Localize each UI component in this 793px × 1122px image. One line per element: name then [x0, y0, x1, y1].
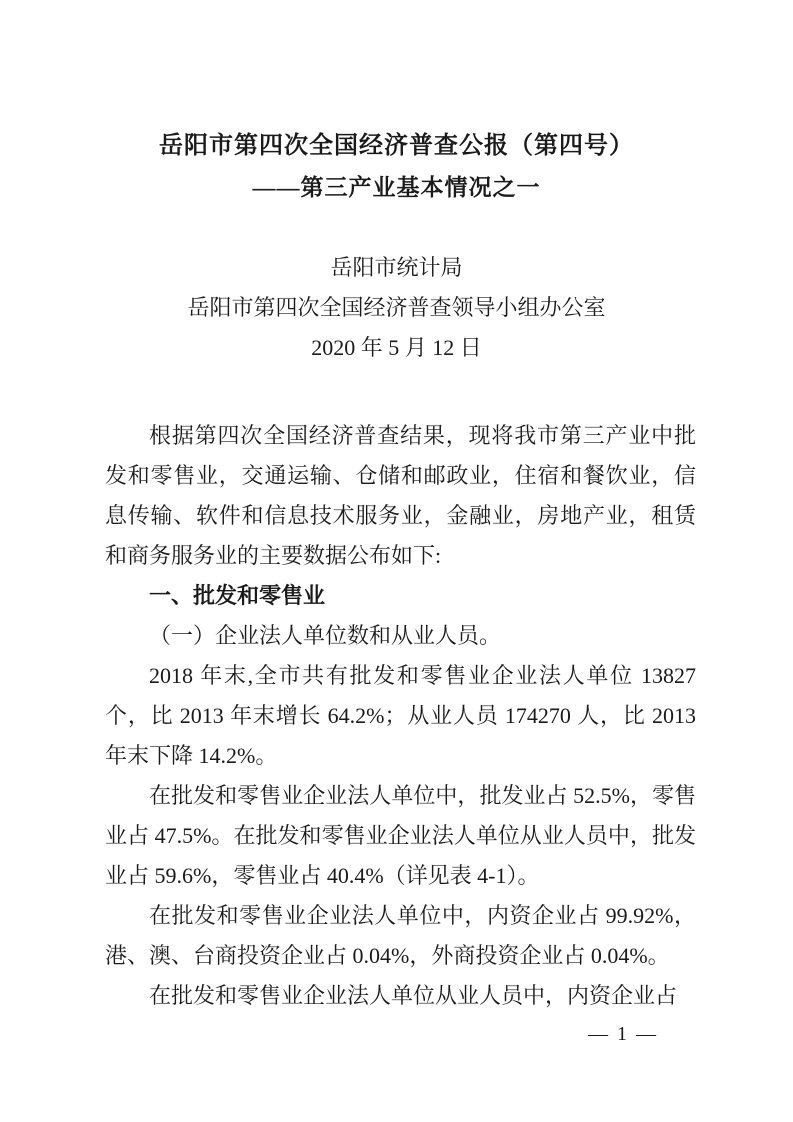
- page-number: — 1 —: [588, 1020, 658, 1048]
- paragraph-enterprise-ownership: 在批发和零售业企业法人单位中，内资企业占 99.92%，港、澳、台商投资企业占 …: [105, 896, 696, 976]
- issuer-agency-1: 岳阳市统计局: [0, 248, 793, 288]
- document-title: 岳阳市第四次全国经济普查公报（第四号）: [0, 128, 793, 164]
- section-heading-wholesale-retail: 一、批发和零售业: [105, 576, 696, 616]
- issuer-block: 岳阳市统计局 岳阳市第四次全国经济普查领导小组办公室 2020 年 5 月 12…: [0, 248, 793, 368]
- paragraph-employees-ownership-partial: 在批发和零售业企业法人单位从业人员中，内资企业占: [105, 976, 696, 1016]
- intro-paragraph: 根据第四次全国经济普查结果，现将我市第三产业中批发和零售业，交通运输、仓储和邮政…: [105, 416, 696, 576]
- document-body: 根据第四次全国经济普查结果，现将我市第三产业中批发和零售业，交通运输、仓储和邮政…: [0, 416, 793, 1016]
- issuer-agency-2: 岳阳市第四次全国经济普查领导小组办公室: [0, 288, 793, 328]
- subsection-heading-legal-units: （一）企业法人单位数和从业人员。: [105, 616, 696, 656]
- paragraph-wholesale-retail-share: 在批发和零售业企业法人单位中，批发业占 52.5%，零售业占 47.5%。在批发…: [105, 776, 696, 896]
- document-subtitle: ——第三产业基本情况之一: [0, 172, 793, 204]
- paragraph-units-count: 2018 年末,全市共有批发和零售业企业法人单位 13827 个，比 2013 …: [105, 656, 696, 776]
- publish-date: 2020 年 5 月 12 日: [0, 328, 793, 368]
- document-page: 岳阳市第四次全国经济普查公报（第四号） ——第三产业基本情况之一 岳阳市统计局 …: [0, 0, 793, 1122]
